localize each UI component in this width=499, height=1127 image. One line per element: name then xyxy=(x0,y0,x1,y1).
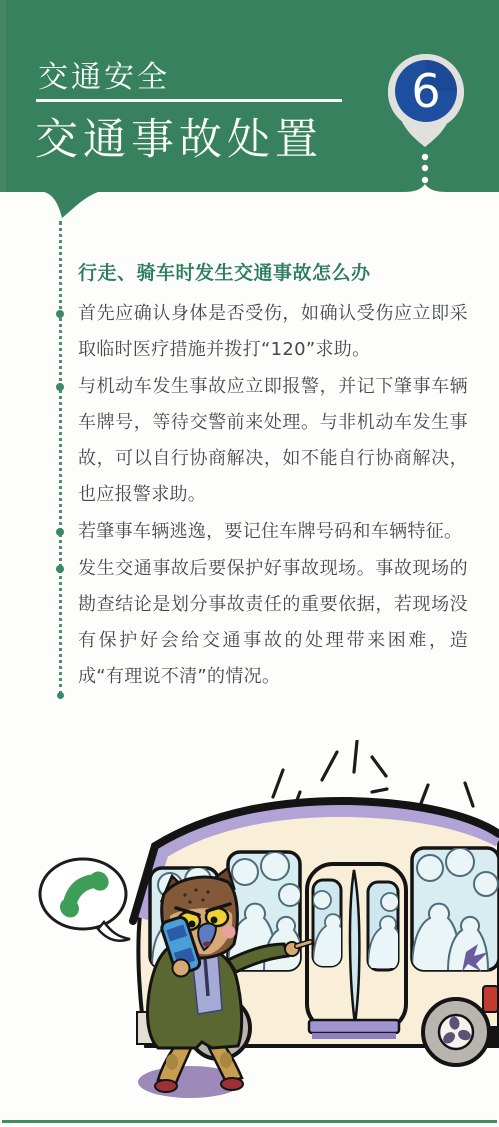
title-underline xyxy=(36,99,342,102)
dotted-spine xyxy=(59,221,62,695)
crash-lines-icon xyxy=(273,741,473,808)
owl-mouth xyxy=(203,942,211,947)
list-item: 与机动车发生事故应立即报警，并记下肇事车辆车牌号，等待交警前来处理。与非机动车发… xyxy=(78,369,468,513)
door-split xyxy=(350,870,359,1024)
page-edge-shade xyxy=(0,0,6,192)
section-heading: 行走、骑车时发生交通事故怎么办 xyxy=(78,256,468,290)
page-title: 交通事故处置 xyxy=(35,106,323,167)
door-threshold xyxy=(309,1020,399,1033)
booklet-page: 6 交通安全 交通事故处置 行走、骑车时发生交通事故怎么办 首先应确认身体是否受… xyxy=(0,0,499,1127)
owl-shoe xyxy=(221,1078,243,1090)
badge-number: 6 xyxy=(411,64,440,118)
tail-light xyxy=(483,986,498,1012)
list-item: 若肇事车辆逃逸，要记住车牌号码和车辆特征。 xyxy=(78,514,468,550)
category-title: 交通安全 xyxy=(38,52,170,96)
door-threshold-shade xyxy=(312,1033,396,1039)
footer-rule xyxy=(2,1120,497,1123)
badge-dot xyxy=(422,154,428,160)
owl-shoe xyxy=(155,1080,177,1092)
illustration xyxy=(0,740,499,1110)
speech-bubble-icon xyxy=(40,859,130,941)
rear-wheel xyxy=(423,999,489,1065)
speech-bubble-tail xyxy=(98,922,130,941)
list-item: 首先应确认身体是否受伤，如确认受伤应立即采取临时医疗措施并拨打“120”求助。 xyxy=(78,296,468,368)
badge-dot xyxy=(422,165,428,171)
list-item: 发生交通事故后要保护好事故现场。事故现场的勘查结论是划分事故责任的重要依据，若现… xyxy=(78,551,468,695)
badge-dot xyxy=(422,177,428,183)
owl-cheek xyxy=(223,926,236,939)
owl-phone-hand xyxy=(173,960,190,977)
content-block: 行走、骑车时发生交通事故怎么办 首先应确认身体是否受伤，如确认受伤应立即采取临时… xyxy=(78,256,468,696)
dotted-spine-end-dot xyxy=(57,692,64,699)
